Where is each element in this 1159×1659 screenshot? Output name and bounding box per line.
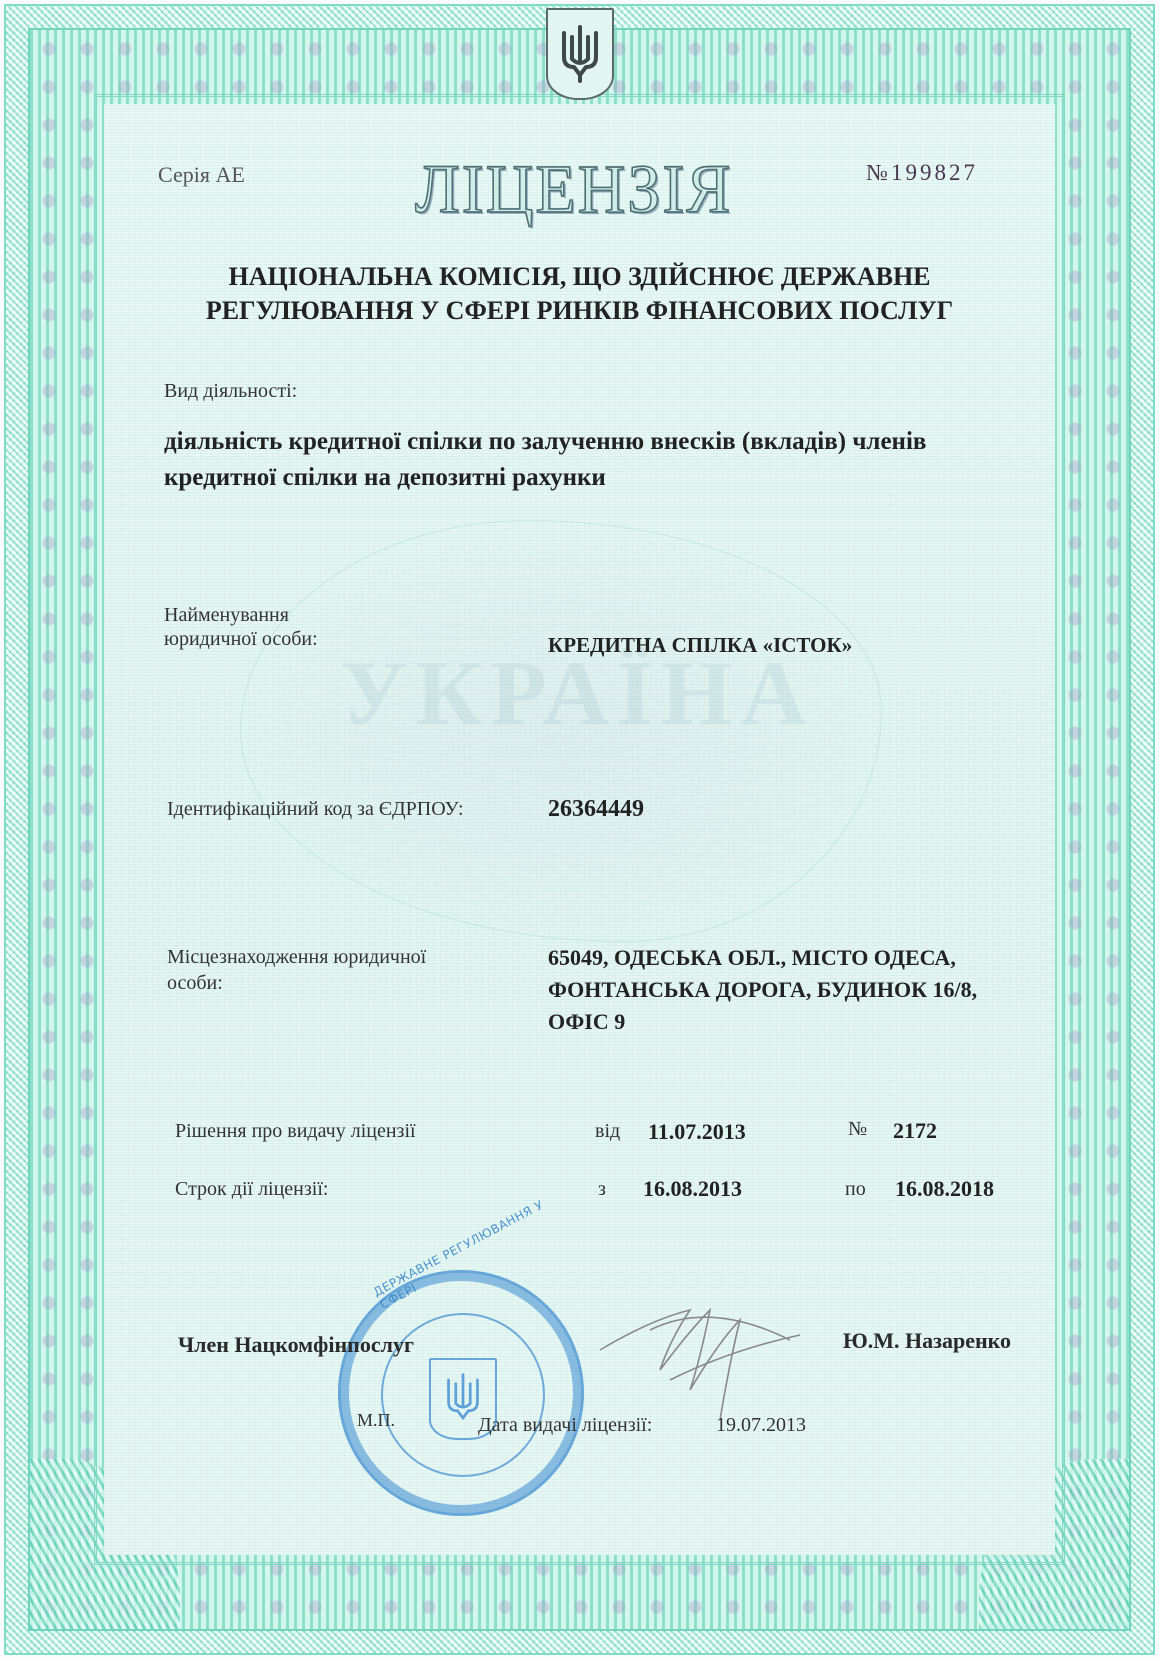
- decision-date: 11.07.2013: [648, 1119, 746, 1145]
- handwritten-signature: [590, 1280, 820, 1430]
- term-from-date: 16.08.2013: [643, 1176, 742, 1202]
- address-label: Місцезнаходження юридичної особи:: [167, 944, 426, 996]
- license-title: ЛІЦЕНЗІЯ: [415, 150, 732, 230]
- address-label-line-2: особи:: [167, 970, 426, 996]
- term-label: Строк дії ліцензії:: [175, 1178, 328, 1201]
- activity-value-line-2: кредитної спілки на депозитні рахунки: [164, 460, 926, 496]
- activity-type-value: діяльність кредитної спілки по залученню…: [164, 424, 926, 496]
- term-from-label: з: [598, 1178, 606, 1201]
- issue-date-label: Дата видачі ліцензії:: [478, 1414, 652, 1437]
- decision-from-label: від: [595, 1120, 620, 1143]
- address-value-line-3: ОФІС 9: [548, 1006, 977, 1038]
- license-series: Серія АЕ: [158, 162, 245, 188]
- address-value: 65049, ОДЕСЬКА ОБЛ., МІСТО ОДЕСА, ФОНТАН…: [548, 942, 977, 1038]
- trident-emblem-icon: [546, 8, 614, 100]
- edrpou-label: Ідентифікаційний код за ЄДРПОУ:: [167, 798, 464, 821]
- trident-icon: [558, 23, 602, 85]
- term-to-label: по: [845, 1178, 866, 1201]
- official-seal-stamp: ДЕРЖАВНЕ РЕГУЛЮВАННЯ У СФЕРІ: [338, 1270, 584, 1516]
- decision-label: Рішення про видачу ліцензії: [175, 1120, 416, 1143]
- decision-number-label: №: [848, 1118, 867, 1141]
- seal-place-label: М.П.: [357, 1410, 395, 1431]
- term-to-date: 16.08.2018: [895, 1176, 994, 1202]
- address-value-line-2: ФОНТАНСЬКА ДОРОГА, БУДИНОК 16/8,: [548, 974, 977, 1006]
- commission-member-label: Член Нацкомфінпослуг: [178, 1332, 414, 1358]
- activity-value-line-1: діяльність кредитної спілки по залученню…: [164, 424, 926, 460]
- edrpou-value: 26364449: [548, 796, 644, 823]
- entity-name-value: КРЕДИТНА СПІЛКА «ІСТОК»: [548, 633, 852, 658]
- activity-type-label: Вид діяльності:: [164, 380, 297, 403]
- license-number: №199827: [866, 160, 978, 186]
- issuing-authority-line-1: НАЦІОНАЛЬНА КОМІСІЯ, ЩО ЗДІЙСНЮЄ ДЕРЖАВН…: [0, 262, 1159, 292]
- issuing-authority-line-2: РЕГУЛЮВАННЯ У СФЕРІ РИНКІВ ФІНАНСОВИХ ПО…: [0, 296, 1159, 326]
- decision-number: 2172: [893, 1118, 937, 1144]
- issue-date: 19.07.2013: [716, 1414, 806, 1437]
- address-label-line-1: Місцезнаходження юридичної: [167, 944, 426, 970]
- address-value-line-1: 65049, ОДЕСЬКА ОБЛ., МІСТО ОДЕСА,: [548, 942, 977, 974]
- entity-name-label-line-1: Найменування: [164, 603, 318, 627]
- signer-name: Ю.М. Назаренко: [843, 1328, 1011, 1354]
- entity-name-label: Найменування юридичної особи:: [164, 603, 318, 651]
- entity-name-label-line-2: юридичної особи:: [164, 627, 318, 651]
